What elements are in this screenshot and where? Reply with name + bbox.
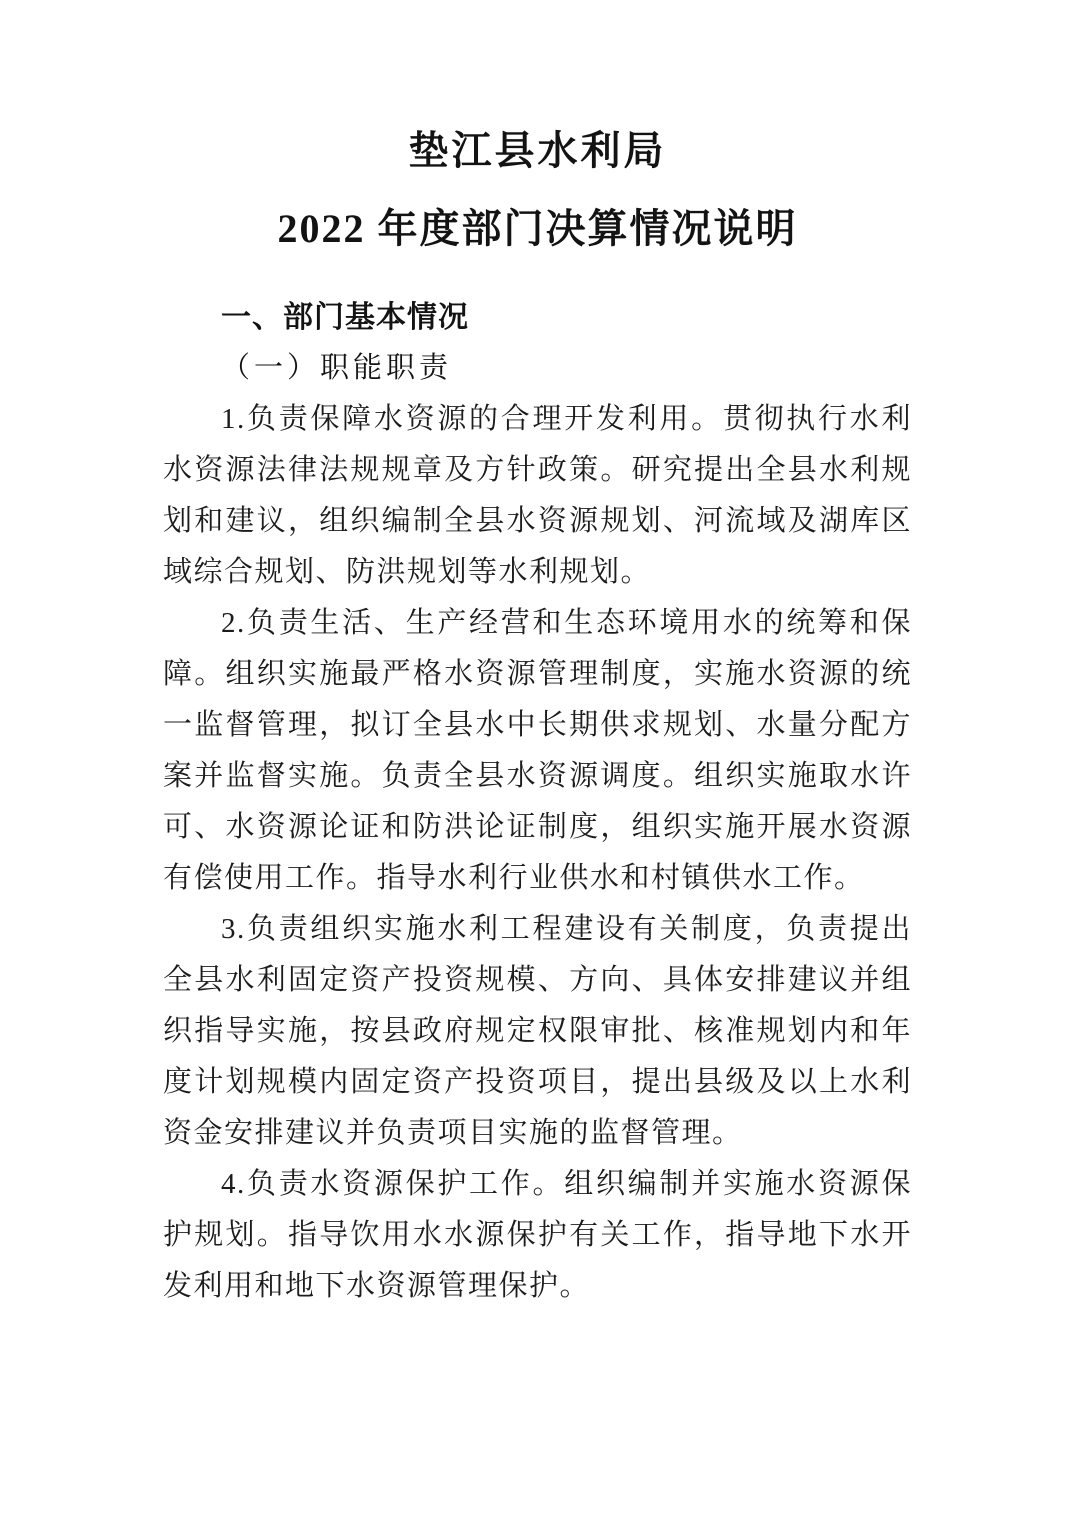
paragraph-1: 1.负责保障水资源的合理开发利用。贯彻执行水利水资源法律法规规章及方针政策。研究… <box>163 394 912 598</box>
subsection-heading: （一）职能职责 <box>163 343 912 394</box>
paragraph-3: 3.负责组织实施水利工程建设有关制度，负责提出全县水利固定资产投资规模、方向、具… <box>163 904 912 1159</box>
document-page: 垫江县水利局 2022 年度部门决算情况说明 一、部门基本情况 （一）职能职责 … <box>0 0 1075 1521</box>
paragraph-4: 4.负责水资源保护工作。组织编制并实施水资源保护规划。指导饮用水水源保护有关工作… <box>163 1159 912 1312</box>
document-title: 垫江县水利局 <box>163 126 912 176</box>
document-subtitle: 2022 年度部门决算情况说明 <box>163 204 912 254</box>
section-heading: 一、部门基本情况 <box>163 292 912 343</box>
paragraph-2: 2.负责生活、生产经营和生态环境用水的统筹和保障。组织实施最严格水资源管理制度，… <box>163 598 912 904</box>
